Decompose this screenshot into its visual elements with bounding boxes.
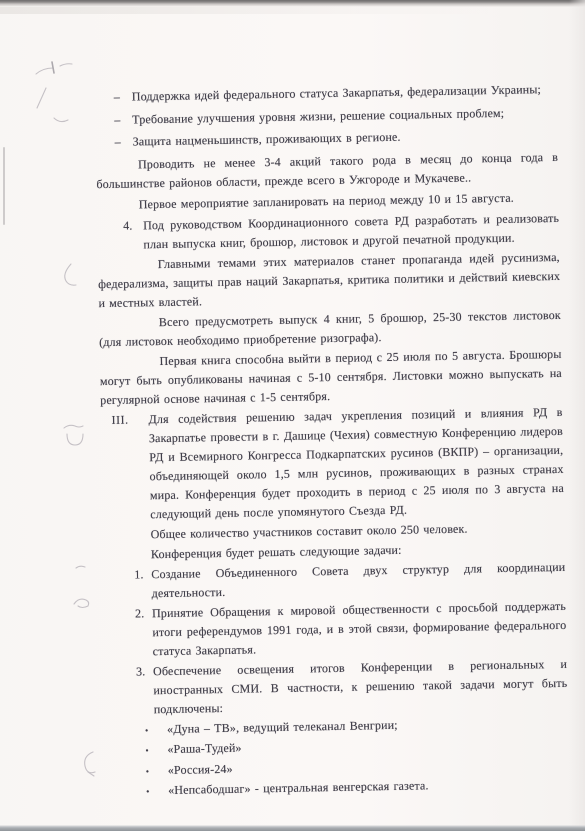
- text-line: Общее количество участников составит око…: [150, 521, 467, 541]
- list-marker: –: [114, 110, 120, 129]
- pencil-mark: [65, 264, 76, 285]
- pencil-mark: [85, 752, 95, 773]
- text-line: Первое мероприятие запланировать на пери…: [139, 190, 514, 211]
- pencil-mark: [60, 64, 72, 66]
- text-line: Главными темами этих материалов станет п…: [98, 249, 560, 309]
- list-marker: 4.: [123, 216, 133, 235]
- sub-numbered-item: 2.Принятие Обращения к мировой обществен…: [152, 596, 567, 660]
- text-line: «Россия-24»: [168, 761, 233, 776]
- text-line: Первая книга способна выйти в период с 2…: [100, 346, 562, 406]
- paragraph: Проводить не менее 3-4 акций такого рода…: [96, 147, 559, 193]
- pencil-mark: [76, 566, 85, 568]
- paragraph: Главными темами этих материалов станет п…: [98, 247, 561, 312]
- text-line: «Раша-Тудей»: [167, 741, 241, 756]
- text-line: Проводить не менее 3-4 акций такого рода…: [96, 149, 558, 190]
- paragraph: Первая книга способна выйти в период с 2…: [99, 344, 562, 409]
- list-marker: •: [146, 782, 150, 801]
- list-marker: III.: [111, 410, 128, 429]
- text-line: Защита нацменьшинств, проживающих в реги…: [133, 130, 401, 149]
- roman-item-III: III.Для содействия решению задач укрепле…: [148, 402, 564, 523]
- list-marker: 1.: [134, 565, 144, 584]
- sub-numbered-item: 3.Обеспечение освещения итогов Конференц…: [153, 654, 568, 718]
- text-line: Для содействия решению задач укрепления …: [148, 404, 564, 520]
- text-line: Создание Объединенного Совета двух струк…: [151, 559, 565, 599]
- text-line: Всего предусмотреть выпуск 4 книг, 5 бро…: [99, 307, 561, 348]
- pencil-mark: [52, 62, 54, 73]
- text-line: Конференция будет решать следующие задач…: [151, 542, 402, 560]
- list-marker: •: [145, 721, 149, 740]
- pencil-mark: [67, 434, 83, 445]
- list-marker: •: [146, 762, 150, 781]
- pencil-mark: [37, 88, 46, 108]
- text-line: Под руководством Координационного совета…: [143, 210, 559, 250]
- pencil-mark: [74, 599, 89, 607]
- text-line: Обеспечение освещения итогов Конференции…: [153, 656, 568, 715]
- text-line: Принятие Обращения к мировой общественно…: [152, 598, 567, 657]
- text-line: «Непсабодшаг» - центральная венгерская г…: [168, 778, 429, 797]
- text-line: Требование улучшения уровня жизни, решен…: [132, 105, 504, 126]
- document-text: –Поддержка идей федерального статуса Зак…: [95, 80, 570, 803]
- scanned-page: { "page": { "kind": "scanned typewritten…: [0, 0, 585, 831]
- pencil-mark: [54, 118, 68, 122]
- list-marker: 2.: [135, 604, 145, 623]
- text-line: Поддержка идей федерального статуса Зака…: [132, 82, 541, 103]
- list-marker: –: [114, 88, 120, 107]
- list-marker: 3.: [136, 662, 146, 681]
- dash-item: –Требование улучшения уровня жизни, реше…: [132, 102, 557, 129]
- numbered-item-4: 4.Под руководством Координационного сове…: [143, 208, 560, 253]
- pencil-mark: [36, 68, 53, 74]
- sub-numbered-item: 1.Создание Объединенного Совета двух стр…: [151, 557, 566, 602]
- pencil-mark: [64, 425, 83, 428]
- dash-item: –Защита нацменьшинств, проживающих в рег…: [132, 125, 557, 152]
- text-line: «Дуна – ТВ», ведущий телеканал Венгрии;: [167, 717, 398, 735]
- list-marker: –: [114, 133, 120, 152]
- list-marker: •: [145, 741, 149, 760]
